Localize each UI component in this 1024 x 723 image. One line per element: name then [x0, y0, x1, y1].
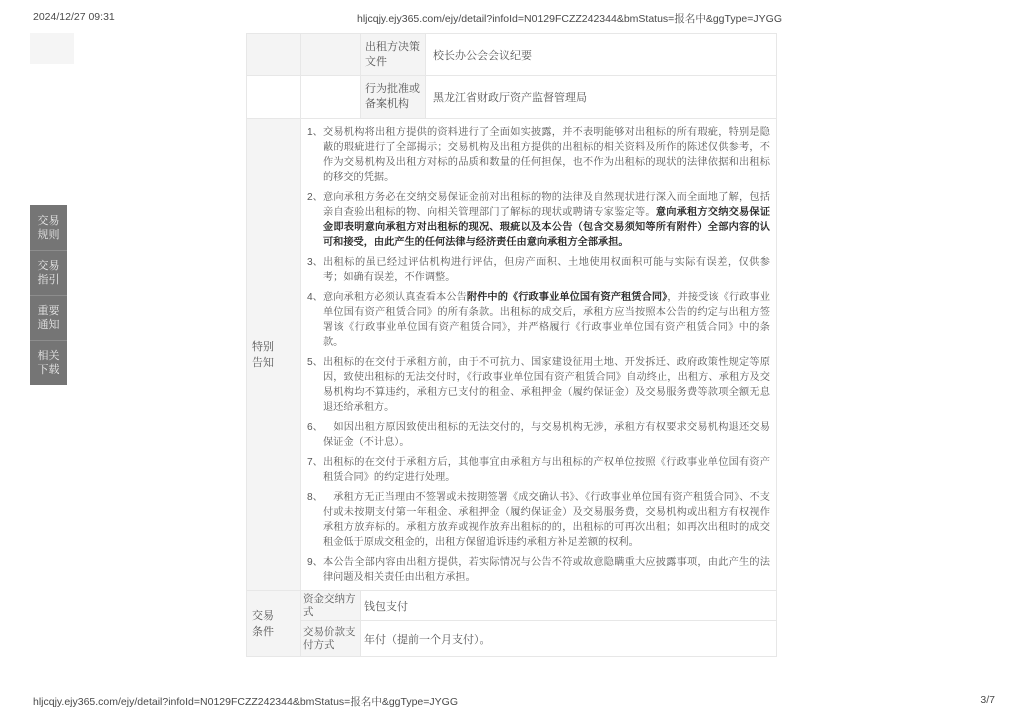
sidebar-tab-label: 重要通知 — [37, 304, 61, 332]
sidebar-tab-label: 交易规则 — [37, 214, 61, 242]
notice-item-text: 承租方无正当理由不签署或未按期签署《成交确认书》、《行政事业单位国有资产租赁合同… — [323, 492, 770, 548]
value-fund-payment-method: 钱包支付 — [361, 591, 777, 621]
print-footer-page-number: 3/7 — [980, 694, 995, 706]
notice-item: 7、出租标的在交付于承租方后，其他事宜由承租方与出租标的产权单位按照《行政事业单… — [306, 455, 770, 485]
notice-item: 5、出租标的在交付于承租方前，由于不可抗力、国家建设征用土地、开发拆迁、政府政策… — [306, 355, 770, 415]
notice-item-text: 本公告全部内容由出租方提供，若实际情况与公告不符或故意隐瞒重大应披露事项，由此产… — [323, 557, 770, 583]
label-trade-conditions: 交易条件 — [247, 591, 301, 657]
label-approval-agency: 行为批准或备案机构 — [361, 76, 426, 119]
notice-item-number: 3、 — [307, 255, 323, 270]
empty-subsection-cell — [301, 34, 361, 76]
floating-sidebar-tabs: 交易规则交易指引重要通知相关下载 — [30, 205, 67, 385]
notice-item-text: 交易机构将出租方提供的资料进行了全面如实披露，并不表明能够对出租标的所有瑕疵，特… — [323, 127, 770, 183]
notice-item-number: 7、 — [307, 455, 323, 470]
sidebar-tab-2[interactable]: 交易指引 — [30, 250, 67, 295]
notice-item-text: 意向承租方必须认真查看本公告 — [323, 292, 467, 303]
faint-widget-artifact — [30, 33, 74, 64]
label-fund-payment-method: 资金交纳方式 — [301, 591, 361, 621]
value-price-payment-method: 年付（提前一个月支付）。 — [361, 621, 777, 657]
notice-item-number: 4、 — [307, 290, 323, 305]
empty-section-cell — [247, 76, 301, 119]
notice-item-number: 2、 — [307, 190, 323, 205]
notice-item-number: 6、 — [307, 420, 323, 435]
notice-item-number: 8、 — [307, 490, 323, 505]
notice-item-text: 出租标的在交付于承租方后，其他事宜由承租方与出租标的产权单位按照《行政事业单位国… — [323, 457, 770, 483]
notice-item-text: 出租标的虽已经过评估机构进行评估，但房产面积、土地使用权面积可能与实际有误差，仅… — [323, 257, 770, 283]
sidebar-tab-1[interactable]: 交易规则 — [30, 205, 67, 250]
table-row: 资金交纳方式 钱包支付 — [301, 591, 777, 621]
label-special-notice: 特别告知 — [247, 119, 301, 591]
special-notice-row: 特别告知 1、交易机构将出租方提供的资料进行了全面如实披露，并不表明能够对出租标… — [247, 119, 777, 591]
conditions-rowgroup: 交易条件 资金交纳方式 钱包支付 交易价款支付方式 年付（提前一个月支付）。 — [247, 591, 777, 657]
notice-item: 2、意向承租方务必在交纳交易保证金前对出租标的物的法律及自然现状进行深入而全面地… — [306, 190, 770, 250]
notice-item: 9、本公告全部内容由出租方提供，若实际情况与公告不符或故意隐瞒重大应披露事项，由… — [306, 555, 770, 585]
notice-item: 6、 如因出租方原因致使出租标的无法交付的，与交易机构无涉，承租方有权要求交易机… — [306, 420, 770, 450]
label-price-payment-method: 交易价款支付方式 — [301, 621, 361, 657]
sidebar-tab-3[interactable]: 重要通知 — [30, 295, 67, 340]
detail-table: 出租方决策文件 校长办公会会议纪要 行为批准或备案机构 黑龙江省财政厅资产监督管… — [246, 33, 777, 657]
table-row: 出租方决策文件 校长办公会会议纪要 — [247, 34, 777, 76]
value-approval-agency: 黑龙江省财政厅资产监督管理局 — [426, 76, 777, 119]
table-row: 行为批准或备案机构 黑龙江省财政厅资产监督管理局 — [247, 76, 777, 119]
notice-item: 8、 承租方无正当理由不签署或未按期签署《成交确认书》、《行政事业单位国有资产租… — [306, 490, 770, 550]
notice-item-number: 1、 — [307, 125, 323, 140]
special-notice-content: 1、交易机构将出租方提供的资料进行了全面如实披露，并不表明能够对出租标的所有瑕疵… — [301, 119, 777, 591]
print-header-url: hljcqjy.ejy365.com/ejy/detail?infoId=N01… — [357, 11, 782, 26]
label-lessor-decision-doc: 出租方决策文件 — [361, 34, 426, 76]
empty-section-cell — [247, 34, 301, 76]
conditions-rows: 资金交纳方式 钱包支付 交易价款支付方式 年付（提前一个月支付）。 — [301, 591, 777, 657]
sidebar-tab-label: 交易指引 — [37, 259, 61, 287]
sidebar-tab-4[interactable]: 相关下载 — [30, 340, 67, 385]
table-row: 交易价款支付方式 年付（提前一个月支付）。 — [301, 621, 777, 657]
notice-item-text: 如因出租方原因致使出租标的无法交付的，与交易机构无涉，承租方有权要求交易机构退还… — [323, 422, 770, 448]
notice-item-text: 出租标的在交付于承租方前，由于不可抗力、国家建设征用土地、开发拆迁、政府政策性规… — [323, 357, 770, 413]
notice-item: 4、意向承租方必须认真查看本公告附件中的《行政事业单位国有资产租赁合同》，并接受… — [306, 290, 770, 350]
notice-item-text-bold: 附件中的《行政事业单位国有资产租赁合同》 — [467, 292, 667, 303]
value-lessor-decision-doc: 校长办公会会议纪要 — [426, 34, 777, 76]
empty-subsection-cell — [301, 76, 361, 119]
notice-item: 1、交易机构将出租方提供的资料进行了全面如实披露，并不表明能够对出租标的所有瑕疵… — [306, 125, 770, 185]
sidebar-tab-label: 相关下载 — [37, 349, 61, 377]
notice-item: 3、出租标的虽已经过评估机构进行评估，但房产面积、土地使用权面积可能与实际有误差… — [306, 255, 770, 285]
notice-item-number: 5、 — [307, 355, 323, 370]
print-footer-url: hljcqjy.ejy365.com/ejy/detail?infoId=N01… — [33, 694, 458, 709]
print-header-datetime: 2024/12/27 09:31 — [33, 11, 115, 23]
notice-item-number: 9、 — [307, 555, 323, 570]
